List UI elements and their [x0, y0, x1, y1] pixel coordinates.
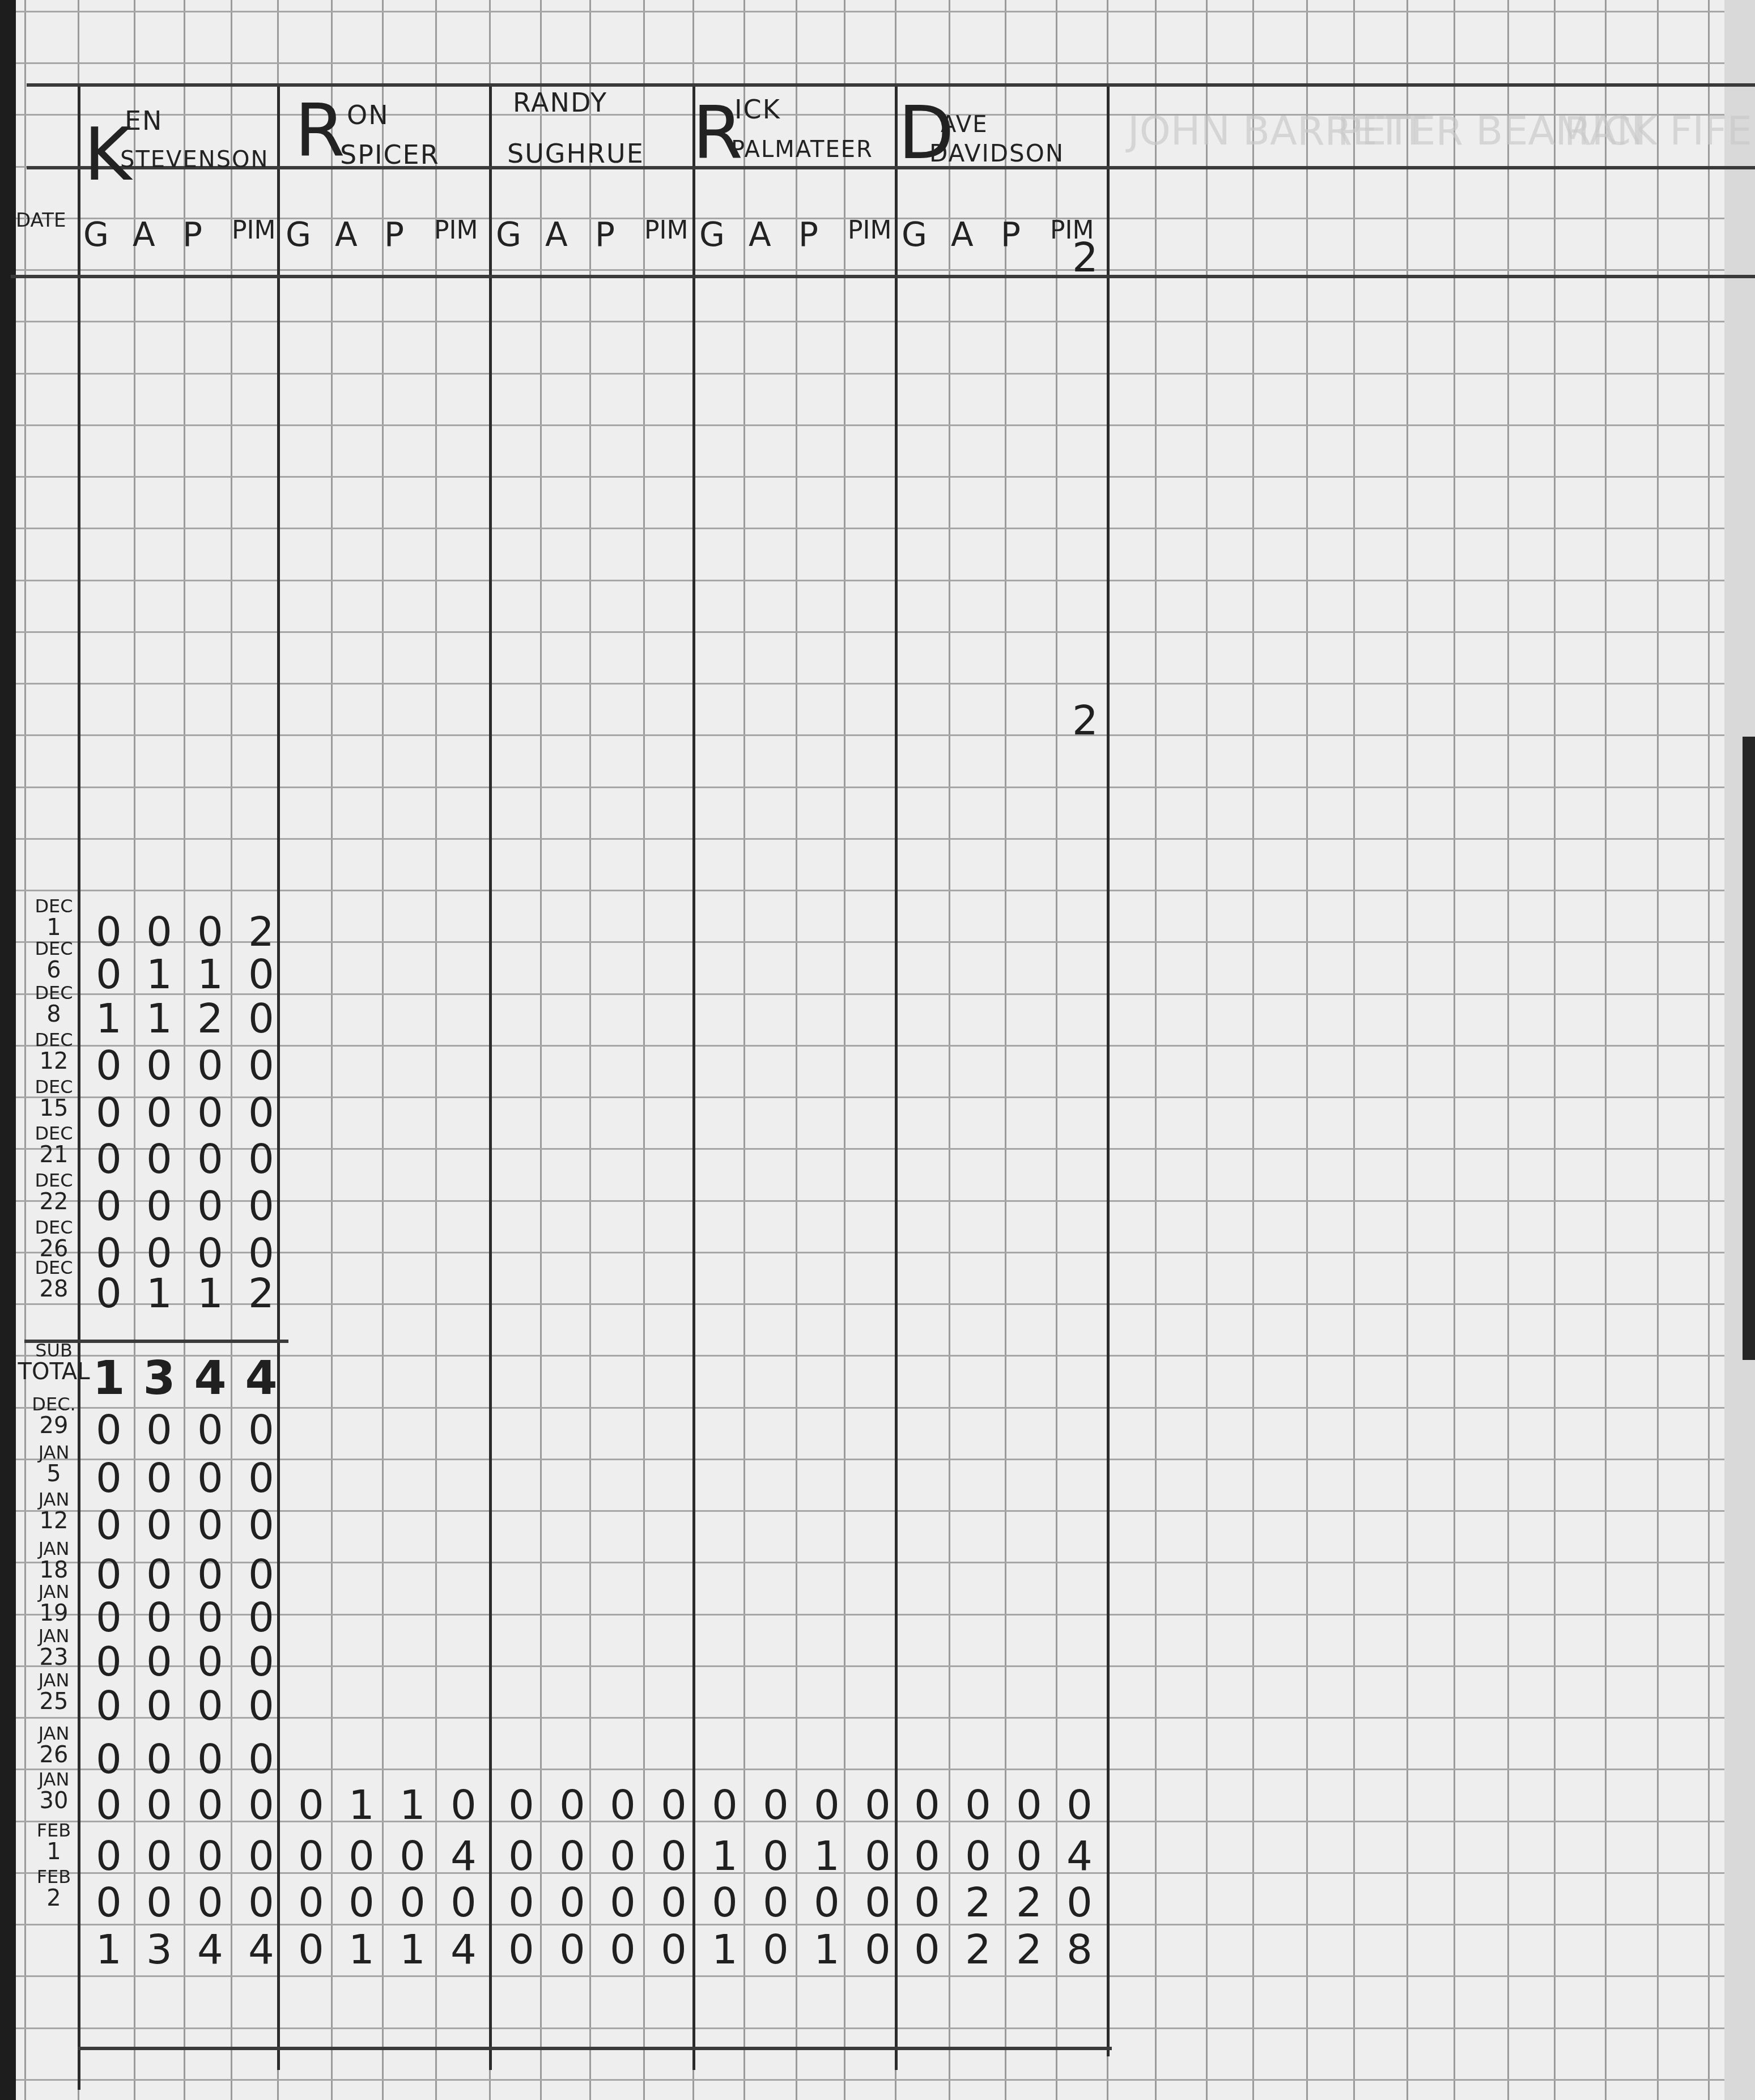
stat-cell-p: 1 [387, 1929, 438, 1970]
player-first-name: AVE [941, 113, 988, 136]
date-day: 30 [17, 1790, 91, 1812]
stat-header-g: G [902, 218, 927, 251]
stat-cell-pim: 4 [236, 1355, 287, 1402]
stat-header-a: A [749, 218, 771, 251]
stat-cell-g: 0 [286, 1784, 337, 1825]
player-column-divider [895, 83, 898, 2070]
stat-cell-p: 2 [1004, 1882, 1055, 1923]
section-divider [27, 83, 1755, 87]
stat-cell-pim: 0 [236, 954, 287, 994]
grid-vertical-line [1353, 0, 1355, 2100]
row-date-label: JAN18 [17, 1538, 91, 1581]
stat-cell-g: 0 [83, 1882, 134, 1923]
stat-cell-a: 0 [547, 1835, 598, 1876]
stat-cell-a: 0 [336, 1882, 387, 1923]
stat-header-pim: PIM [434, 218, 478, 243]
grid-horizontal-line [16, 1975, 1724, 1977]
grid-vertical-line [1507, 0, 1509, 2100]
stat-cell-pim: 0 [236, 1185, 287, 1226]
stat-cell-pim: 0 [236, 1554, 287, 1595]
player-last-name: STEVENSON [120, 148, 269, 171]
stat-cell-p: 0 [185, 1882, 236, 1923]
stat-cell-a: 0 [134, 1835, 185, 1876]
stat-cell-pim: 4 [236, 1929, 287, 1970]
dave-davidson-pim-mark: 2 [1060, 700, 1111, 741]
row-date-label: DEC1 [17, 895, 91, 938]
stat-header-p: P [182, 218, 202, 251]
stat-cell-g: 1 [83, 998, 134, 1039]
stat-cell-pim: 0 [648, 1929, 699, 1970]
player-first-name: EN [125, 108, 163, 134]
grid-horizontal-line [16, 11, 1724, 12]
grid-horizontal-line [16, 269, 1724, 271]
row-date-label: DEC28 [17, 1257, 91, 1300]
stat-cell-p: 0 [185, 1784, 236, 1825]
stat-cell-a: 0 [750, 1835, 801, 1876]
stat-cell-p: 0 [801, 1882, 852, 1923]
stat-cell-g: 0 [83, 1138, 134, 1179]
grid-horizontal-line [16, 631, 1724, 633]
player-last-name: SPICER [340, 142, 440, 168]
stat-cell-p: 0 [387, 1835, 438, 1876]
date-day: 29 [17, 1415, 91, 1436]
date-month: DEC [17, 982, 91, 1004]
stat-cell-pim: 0 [852, 1784, 903, 1825]
grid-horizontal-line [16, 528, 1724, 529]
stat-cell-g: 0 [902, 1835, 953, 1876]
date-month: DEC [17, 1217, 91, 1238]
row-date-label: JAN30 [17, 1769, 91, 1812]
grid-horizontal-line [16, 580, 1724, 581]
grid-vertical-line [1406, 0, 1408, 2100]
stat-cell-a: 3 [134, 1929, 185, 1970]
date-day: 21 [17, 1144, 91, 1166]
stat-cell-pim: 0 [236, 1457, 287, 1498]
stat-cell-g: 0 [496, 1929, 547, 1970]
row-date-label: DEC8 [17, 982, 91, 1025]
stat-cell-pim: 0 [852, 1835, 903, 1876]
stat-cell-a: 0 [134, 1232, 185, 1273]
stat-cell-a: 0 [134, 1882, 185, 1923]
player-first-name: ON [347, 102, 389, 128]
date-day: TOTAL [17, 1361, 91, 1383]
stat-header-g: G [286, 218, 311, 251]
stat-cell-g: 0 [83, 1504, 134, 1545]
stat-cell-p: 0 [185, 911, 236, 952]
date-month: DEC [17, 1257, 91, 1278]
stat-cell-pim: 0 [852, 1929, 903, 1970]
grid-vertical-line [1605, 0, 1607, 2100]
date-day: 2 [17, 1888, 91, 1909]
date-month: JAN [17, 1538, 91, 1559]
stat-cell-p: 0 [387, 1882, 438, 1923]
stat-cell-g: 0 [83, 1409, 134, 1450]
stat-cell-g: 1 [83, 1355, 134, 1402]
stat-cell-a: 1 [134, 1273, 185, 1313]
stat-cell-a: 0 [134, 1738, 185, 1779]
stat-cell-a: 0 [134, 1597, 185, 1638]
stat-header-p: P [384, 218, 404, 251]
stat-cell-a: 0 [134, 1409, 185, 1450]
player-last-name: DAVIDSON [929, 142, 1064, 165]
stat-cell-p: 0 [185, 1738, 236, 1779]
grid-vertical-line [1657, 0, 1659, 2100]
stat-cell-p: 0 [185, 1409, 236, 1450]
stat-cell-a: 0 [336, 1835, 387, 1876]
stat-cell-pim: 0 [648, 1835, 699, 1876]
stat-cell-a: 0 [750, 1882, 801, 1923]
grid-vertical-line [1155, 0, 1157, 2100]
stat-cell-a: 0 [134, 1554, 185, 1595]
date-month: DEC [17, 1123, 91, 1144]
date-month: JAN [17, 1769, 91, 1790]
stat-cell-g: 0 [83, 1045, 134, 1086]
stat-header-pim: PIM [644, 218, 688, 243]
stat-cell-p: 0 [801, 1784, 852, 1825]
stat-cell-pim: 0 [236, 1685, 287, 1726]
stat-cell-a: 0 [547, 1784, 598, 1825]
stat-cell-g: 0 [83, 1784, 134, 1825]
stat-cell-g: 0 [286, 1882, 337, 1923]
stat-cell-p: 0 [185, 1597, 236, 1638]
row-date-label: DEC15 [17, 1076, 91, 1119]
stat-cell-p: 0 [185, 1641, 236, 1682]
stat-cell-p: 1 [801, 1835, 852, 1876]
stat-cell-a: 2 [953, 1929, 1004, 1970]
date-day: 25 [17, 1691, 91, 1712]
row-date-label: JAN5 [17, 1442, 91, 1485]
stat-cell-a: 1 [336, 1784, 387, 1825]
stat-cell-a: 0 [547, 1929, 598, 1970]
row-date-label: DEC.29 [17, 1393, 91, 1436]
stat-cell-p: 0 [1004, 1835, 1055, 1876]
grid-horizontal-line [16, 890, 1724, 891]
stat-cell-p: 0 [185, 1554, 236, 1595]
player-initial: R [295, 95, 345, 168]
date-month: DEC [17, 1029, 91, 1051]
stat-cell-g: 0 [83, 1597, 134, 1638]
row-date-label: JAN25 [17, 1669, 91, 1712]
stat-cell-pim: 0 [236, 1641, 287, 1682]
stat-cell-g: 0 [83, 1232, 134, 1273]
date-month: JAN [17, 1581, 91, 1602]
stat-cell-p: 0 [185, 1457, 236, 1498]
stat-cell-a: 1 [134, 954, 185, 994]
grid-vertical-line [1554, 0, 1556, 2100]
row-date-label: FEB2 [17, 1866, 91, 1909]
row-date-label: FEB1 [17, 1820, 91, 1863]
grid-horizontal-line [16, 476, 1724, 478]
date-day: 6 [17, 959, 91, 981]
stat-cell-g: 0 [902, 1882, 953, 1923]
stat-cell-g: 0 [83, 1092, 134, 1133]
date-day: 12 [17, 1510, 91, 1532]
grid-horizontal-line [16, 838, 1724, 840]
stat-cell-a: 0 [134, 911, 185, 952]
date-month: FEB [17, 1866, 91, 1888]
stat-cell-g: 0 [699, 1784, 750, 1825]
stat-cell-p: 0 [597, 1882, 648, 1923]
stat-cell-pim: 0 [648, 1784, 699, 1825]
date-day: 1 [17, 917, 91, 938]
date-day: 19 [17, 1602, 91, 1624]
stat-cell-a: 0 [134, 1641, 185, 1682]
stat-cell-pim: 0 [236, 1045, 287, 1086]
stat-cell-g: 0 [83, 1685, 134, 1726]
grid-horizontal-line [16, 683, 1724, 685]
stat-header-g: G [699, 218, 725, 251]
row-date-label: DEC21 [17, 1123, 91, 1166]
date-month: JAN [17, 1442, 91, 1463]
grid-vertical-line [1306, 0, 1308, 2100]
date-month: FEB [17, 1820, 91, 1841]
date-month: DEC [17, 938, 91, 959]
date-month: JAN [17, 1723, 91, 1744]
stat-cell-a: 0 [750, 1929, 801, 1970]
stat-cell-p: 0 [185, 1685, 236, 1726]
stat-header-a: A [133, 218, 155, 251]
stat-cell-pim: 0 [852, 1882, 903, 1923]
grid-vertical-line [1454, 0, 1455, 2100]
stat-cell-pim: 2 [236, 1273, 287, 1313]
stat-cell-a: 0 [134, 1457, 185, 1498]
stat-cell-g: 0 [83, 1273, 134, 1313]
stat-header-p: P [1001, 218, 1021, 251]
stat-header-pim: PIM [232, 218, 275, 243]
subtotal-label: SUBTOTAL [17, 1340, 91, 1383]
grid-horizontal-line [16, 62, 1724, 64]
stat-cell-g: 0 [496, 1835, 547, 1876]
stat-cell-pim: 0 [236, 1738, 287, 1779]
bleed-through-header-3: RICK FIFE [1564, 108, 1752, 154]
stat-cell-pim: 0 [236, 1504, 287, 1545]
date-day: 26 [17, 1744, 91, 1766]
date-day: 15 [17, 1098, 91, 1119]
stat-cell-pim: 0 [236, 1409, 287, 1450]
date-month: DEC [17, 895, 91, 917]
stat-cell-g: 0 [83, 1554, 134, 1595]
stat-cell-a: 0 [953, 1835, 1004, 1876]
stat-cell-p: 0 [185, 1092, 236, 1133]
stat-cell-a: 0 [134, 1138, 185, 1179]
stat-cell-p: 1 [801, 1929, 852, 1970]
date-day: 5 [17, 1463, 91, 1485]
stat-cell-a: 0 [134, 1784, 185, 1825]
stat-cell-g: 0 [496, 1784, 547, 1825]
stat-cell-a: 1 [134, 998, 185, 1039]
player-column-divider [489, 83, 492, 2070]
stat-cell-g: 1 [699, 1835, 750, 1876]
page-right-shadow [1743, 737, 1755, 1360]
date-month: SUB [17, 1340, 91, 1361]
row-date-label: JAN26 [17, 1723, 91, 1766]
date-month: DEC [17, 1076, 91, 1098]
stat-cell-p: 0 [185, 1185, 236, 1226]
grid-vertical-line [1708, 0, 1710, 2100]
stat-cell-g: 0 [699, 1882, 750, 1923]
stat-header-a: A [545, 218, 568, 251]
grid-vertical-line [1252, 0, 1254, 2100]
stat-cell-pim: 0 [1054, 1882, 1105, 1923]
stat-cell-g: 0 [83, 1641, 134, 1682]
stat-cell-pim: 0 [236, 1835, 287, 1876]
date-month: DEC. [17, 1393, 91, 1415]
stat-header-g: G [83, 218, 109, 251]
row-date-label: JAN23 [17, 1625, 91, 1668]
stat-cell-p: 4 [185, 1355, 236, 1402]
stat-cell-pim: 0 [1054, 1784, 1105, 1825]
stat-cell-g: 0 [83, 1457, 134, 1498]
date-day: 23 [17, 1647, 91, 1668]
stat-cell-pim: 0 [648, 1882, 699, 1923]
stat-cell-pim: 4 [1054, 1835, 1105, 1876]
date-month: JAN [17, 1625, 91, 1647]
stat-cell-a: 0 [547, 1882, 598, 1923]
section-divider [27, 166, 1755, 169]
row-date-label: JAN12 [17, 1489, 91, 1532]
stat-cell-a: 0 [953, 1784, 1004, 1825]
grid-horizontal-line [16, 373, 1724, 375]
stat-cell-pim: 0 [236, 1138, 287, 1179]
stat-cell-g: 0 [83, 1738, 134, 1779]
row-date-label: DEC22 [17, 1170, 91, 1213]
grid-horizontal-line [16, 734, 1724, 736]
row-date-label: DEC12 [17, 1029, 91, 1072]
date-day: 12 [17, 1051, 91, 1072]
stat-header-a: A [951, 218, 974, 251]
section-divider [78, 2047, 1112, 2050]
row-date-label: DEC6 [17, 938, 91, 981]
stat-cell-p: 2 [1004, 1929, 1055, 1970]
stat-cell-p: 0 [185, 1045, 236, 1086]
stat-cell-p: 2 [185, 998, 236, 1039]
stat-cell-pim: 0 [236, 1784, 287, 1825]
stat-cell-g: 0 [83, 954, 134, 994]
date-day: 22 [17, 1191, 91, 1213]
player-first-name: ICK [734, 96, 781, 122]
date-day: 28 [17, 1278, 91, 1300]
stat-cell-p: 1 [185, 954, 236, 994]
player-last-name: SUGHRUE [507, 141, 644, 167]
page-binding-edge [0, 0, 16, 2100]
stat-cell-pim: 0 [438, 1882, 489, 1923]
stat-cell-a: 0 [134, 1504, 185, 1545]
stat-cell-g: 0 [286, 1835, 337, 1876]
stat-cell-g: 1 [83, 1929, 134, 1970]
stat-cell-p: 0 [597, 1929, 648, 1970]
stat-cell-pim: 0 [236, 1232, 287, 1273]
grid-vertical-line [1206, 0, 1208, 2100]
stat-cell-pim: 8 [1054, 1929, 1105, 1970]
stat-cell-a: 0 [750, 1784, 801, 1825]
date-month: JAN [17, 1489, 91, 1510]
stat-cell-pim: 0 [236, 998, 287, 1039]
stat-cell-g: 0 [83, 911, 134, 952]
date-column-header: DATE [16, 211, 66, 230]
stat-header-pim: PIM [848, 218, 891, 243]
date-month: JAN [17, 1669, 91, 1691]
stat-cell-a: 0 [134, 1045, 185, 1086]
stat-header-g: G [496, 218, 521, 251]
stat-cell-a: 1 [336, 1929, 387, 1970]
stat-cell-g: 0 [286, 1929, 337, 1970]
row-date-label: DEC26 [17, 1217, 91, 1260]
stat-cell-g: 0 [83, 1185, 134, 1226]
stat-cell-g: 0 [902, 1929, 953, 1970]
stat-cell-a: 0 [134, 1685, 185, 1726]
date-month: DEC [17, 1170, 91, 1191]
stat-header-p: P [798, 218, 818, 251]
player-column-divider [692, 83, 695, 2070]
stat-header-a: A [335, 218, 358, 251]
stat-cell-pim: 2 [236, 911, 287, 952]
stat-cell-a: 0 [134, 1185, 185, 1226]
stat-cell-p: 0 [1004, 1784, 1055, 1825]
stat-cell-pim: 0 [236, 1092, 287, 1133]
stat-cell-a: 3 [134, 1355, 185, 1402]
grid-horizontal-line [16, 787, 1724, 788]
stat-cell-a: 0 [134, 1092, 185, 1133]
date-day: 1 [17, 1841, 91, 1863]
stat-cell-p: 0 [597, 1784, 648, 1825]
stat-cell-pim: 0 [438, 1784, 489, 1825]
grid-horizontal-line [16, 2079, 1724, 2081]
stat-header-p: P [595, 218, 615, 251]
stat-cell-g: 1 [699, 1929, 750, 1970]
stat-cell-pim: 4 [438, 1929, 489, 1970]
player-first-name: RANDY [513, 90, 607, 116]
section-divider [11, 275, 1755, 278]
stat-cell-pim: 0 [236, 1882, 287, 1923]
stat-cell-g: 0 [83, 1835, 134, 1876]
stat-cell-g: 0 [902, 1784, 953, 1825]
stat-cell-p: 1 [387, 1784, 438, 1825]
date-day: 18 [17, 1559, 91, 1581]
stat-cell-p: 1 [185, 1273, 236, 1313]
grid-horizontal-line [16, 424, 1724, 426]
player-last-name: PALMATEER [731, 138, 873, 161]
stat-cell-p: 0 [185, 1504, 236, 1545]
date-day: 8 [17, 1004, 91, 1025]
stat-cell-a: 2 [953, 1882, 1004, 1923]
stat-cell-p: 0 [185, 1138, 236, 1179]
player-column-divider [1107, 83, 1110, 2056]
stat-cell-pim: 0 [236, 1597, 287, 1638]
stat-cell-p: 0 [597, 1835, 648, 1876]
stat-cell-g: 0 [496, 1882, 547, 1923]
stat-cell-pim: 4 [438, 1835, 489, 1876]
grid-horizontal-line [16, 321, 1724, 322]
row-date-label: JAN19 [17, 1581, 91, 1624]
dave-davidson-pim-mark: 2 [1060, 237, 1111, 278]
stat-cell-p: 0 [185, 1232, 236, 1273]
grid-horizontal-line [16, 2027, 1724, 2029]
stat-cell-p: 0 [185, 1835, 236, 1876]
stat-cell-p: 4 [185, 1929, 236, 1970]
